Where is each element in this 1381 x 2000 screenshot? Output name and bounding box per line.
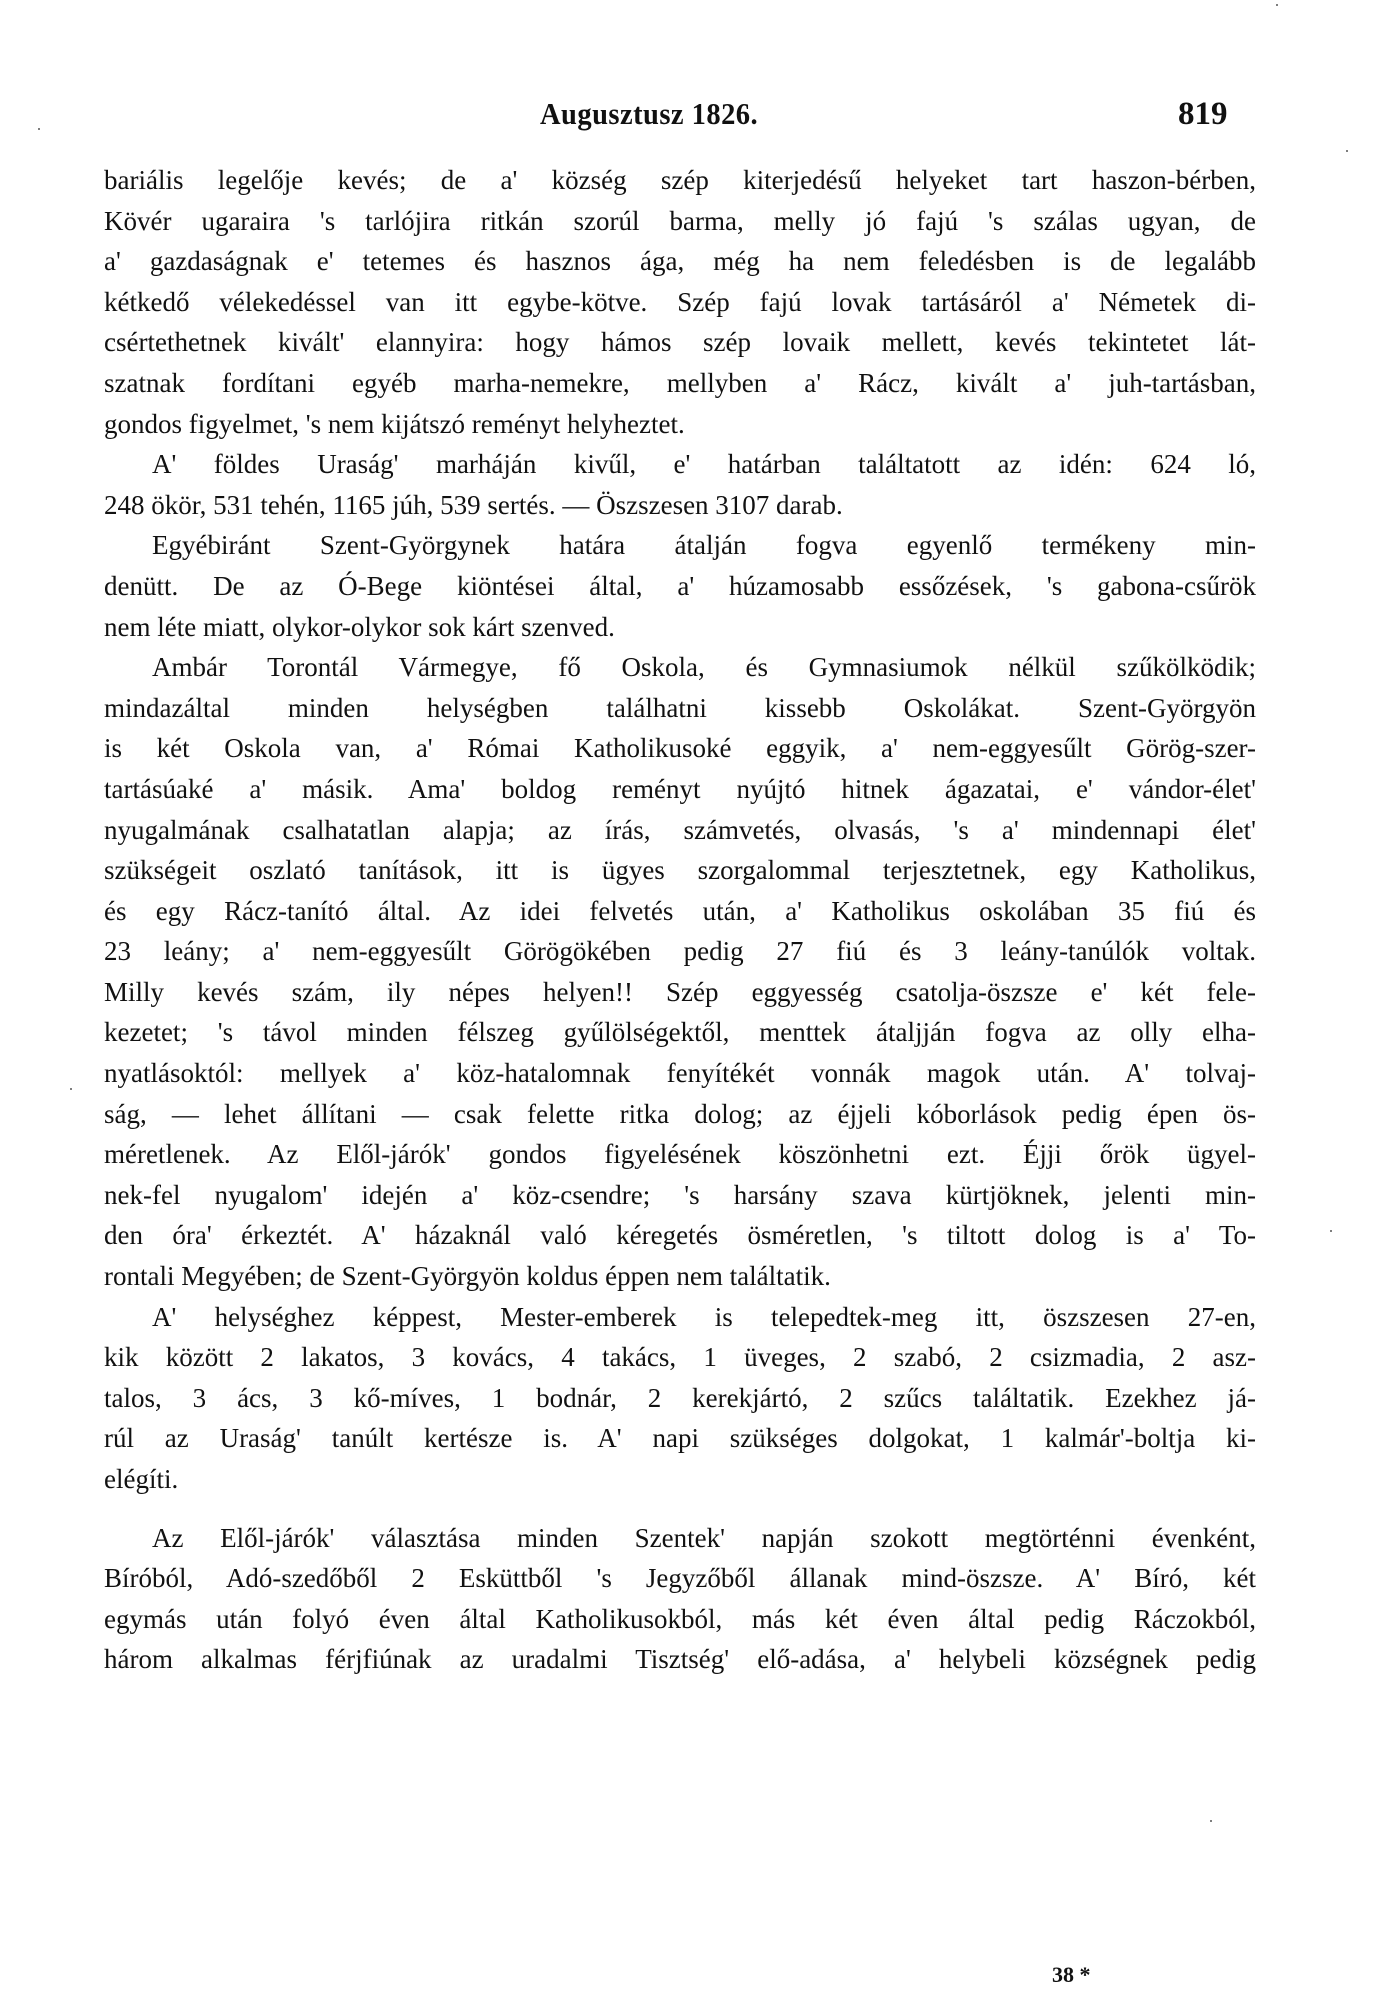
- page-number: 819: [1178, 96, 1228, 133]
- paragraph-craftsmen: A' helységhez képpest, Mester-emberek is…: [104, 1297, 1256, 1500]
- text-line: tartásúaké a' másik. Ama' boldog reményt…: [104, 769, 1256, 810]
- paragraph: bariális legelője kevés; de a' község sz…: [104, 160, 1256, 444]
- scan-speck: [70, 1088, 72, 1090]
- text-line: rontali Megyében; de Szent-Györgyön kold…: [104, 1256, 1256, 1297]
- text-line: mindazáltal minden helységben találhatni…: [104, 688, 1256, 729]
- text-line: egymás után folyó éven által Katholikuso…: [104, 1599, 1256, 1640]
- scan-speck: [1346, 150, 1348, 152]
- text-line: szatnak fordítani egyéb marha-nemekre, m…: [104, 363, 1256, 404]
- running-title: Augusztusz 1826.: [540, 96, 758, 132]
- text-line: nek-fel nyugalom' idején a' köz-csendre;…: [104, 1175, 1256, 1216]
- body-text: bariális legelője kevés; de a' község sz…: [104, 160, 1256, 1680]
- scan-speck: [38, 128, 40, 130]
- signature-mark: 38 *: [1052, 1962, 1091, 1988]
- text-line: talos, 3 ács, 3 kő-míves, 1 bodnár, 2 ke…: [104, 1378, 1256, 1419]
- text-line: szükségeit oszlató tanítások, itt is ügy…: [104, 850, 1256, 891]
- text-line: A' helységhez képpest, Mester-emberek is…: [104, 1297, 1256, 1338]
- text-line: is két Oskola van, a' Római Katholikusok…: [104, 728, 1256, 769]
- scanned-book-page: Augusztusz 1826. 819 bariális legelője k…: [0, 0, 1381, 2000]
- text-line: rúl az Uraság' tanúlt kertésze is. A' na…: [104, 1418, 1256, 1459]
- text-line: elégíti.: [104, 1459, 1256, 1500]
- text-line: den óra' érkeztét. A' házaknál való kére…: [104, 1215, 1256, 1256]
- text-line: és egy Rácz-tanító által. Az idei felvet…: [104, 891, 1256, 932]
- text-line: nyugalmának csalhatatlan alapja; az írás…: [104, 810, 1256, 851]
- text-line: Milly kevés szám, ily népes helyen!! Szé…: [104, 972, 1256, 1013]
- scan-speck: [1276, 4, 1278, 6]
- paragraph: Egyébiránt Szent-Györgynek határa átaljá…: [104, 525, 1256, 647]
- text-line: kik között 2 lakatos, 3 kovács, 4 takács…: [104, 1337, 1256, 1378]
- paragraph-livestock: A' földes Uraság' marháján kivűl, e' hat…: [104, 444, 1256, 525]
- text-line: nyatlásoktól: mellyek a' köz-hatalomnak …: [104, 1053, 1256, 1094]
- text-line: Kövér ugaraira 's tarlójira ritkán szorú…: [104, 201, 1256, 242]
- running-head: Augusztusz 1826. 819: [0, 96, 1381, 136]
- text-line: a' gazdaságnak e' tetemes és hasznos ága…: [104, 241, 1256, 282]
- paragraph-officials: Az Elől-járók' választása minden Szentek…: [104, 1518, 1256, 1680]
- text-line: Bíróból, Adó-szedőből 2 Esküttből 's Jeg…: [104, 1558, 1256, 1599]
- text-line: denütt. De az Ó-Bege kiöntései által, a'…: [104, 566, 1256, 607]
- scan-speck: [1330, 1230, 1332, 1232]
- text-line: Ambár Torontál Vármegye, fő Oskola, és G…: [104, 647, 1256, 688]
- text-line: három alkalmas férjfiúnak az uradalmi Ti…: [104, 1639, 1256, 1680]
- scan-speck: [1210, 1820, 1212, 1822]
- text-line: kezetet; 's távol minden félszeg gyűlöls…: [104, 1012, 1256, 1053]
- paragraph-schools: Ambár Torontál Vármegye, fő Oskola, és G…: [104, 647, 1256, 1297]
- text-line: ság, — lehet állítani — csak felette rit…: [104, 1094, 1256, 1135]
- text-line: A' földes Uraság' marháján kivűl, e' hat…: [104, 444, 1256, 485]
- text-line: nem léte miatt, olykor-olykor sok kárt s…: [104, 607, 1256, 648]
- text-line: Egyébiránt Szent-Györgynek határa átaljá…: [104, 525, 1256, 566]
- text-line: 248 ökör, 531 tehén, 1165 júh, 539 serté…: [104, 485, 1256, 526]
- text-line: csértethetnek kivált' elannyira: hogy há…: [104, 322, 1256, 363]
- text-line: gondos figyelmet, 's nem kijátszó remény…: [104, 404, 1256, 445]
- text-line: bariális legelője kevés; de a' község sz…: [104, 160, 1256, 201]
- text-line: Az Elől-járók' választása minden Szentek…: [104, 1518, 1256, 1559]
- text-line: 23 leány; a' nem-eggyesűlt Görögökében p…: [104, 931, 1256, 972]
- text-line: kétkedő vélekedéssel van itt egybe-kötve…: [104, 282, 1256, 323]
- text-line: méretlenek. Az Elől-járók' gondos figyel…: [104, 1134, 1256, 1175]
